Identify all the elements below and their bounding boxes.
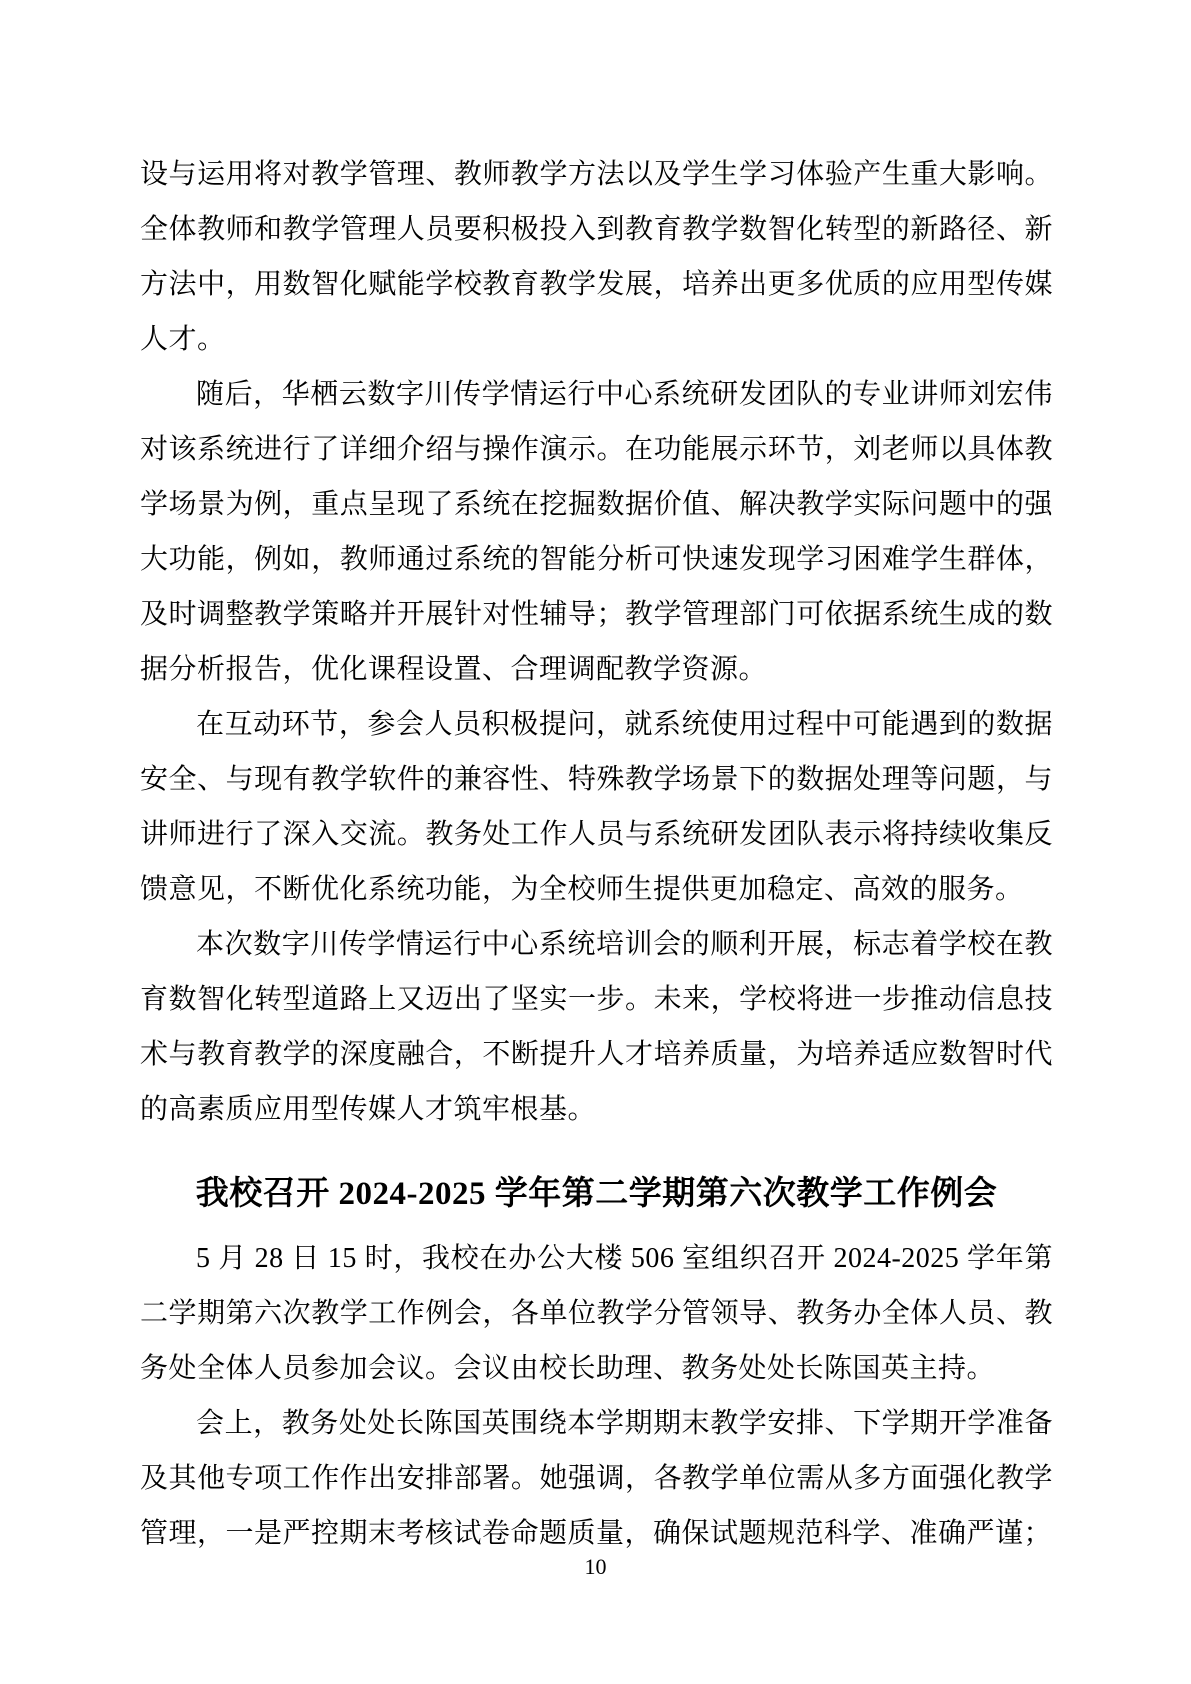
body-paragraph: 随后，华栖云数字川传学情运行中心系统研发团队的专业讲师刘宏伟对该系统进行了详细介… [140, 367, 1053, 697]
body-paragraph: 本次数字川传学情运行中心系统培训会的顺利开展，标志着学校在教育数智化转型道路上又… [140, 917, 1053, 1137]
body-paragraph: 在互动环节，参会人员积极提问，就系统使用过程中可能遇到的数据安全、与现有教学软件… [140, 697, 1053, 917]
page-footer: 10 [0, 1552, 1191, 1582]
page-content: 设与运用将对教学管理、教师教学方法以及学生学习体验产生重大影响。全体教师和教学管… [140, 147, 1053, 1561]
body-paragraph: 会上，教务处处长陈国英围绕本学期期末教学安排、下学期开学准备及其他专项工作作出安… [140, 1396, 1053, 1561]
document-page: 设与运用将对教学管理、教师教学方法以及学生学习体验产生重大影响。全体教师和教学管… [0, 0, 1191, 1684]
page-number: 10 [585, 1554, 607, 1579]
section-heading: 我校召开 2024-2025 学年第二学期第六次教学工作例会 [140, 1163, 1053, 1225]
body-paragraph: 设与运用将对教学管理、教师教学方法以及学生学习体验产生重大影响。全体教师和教学管… [140, 147, 1053, 367]
body-paragraph: 5 月 28 日 15 时，我校在办公大楼 506 室组织召开 2024-202… [140, 1231, 1053, 1396]
